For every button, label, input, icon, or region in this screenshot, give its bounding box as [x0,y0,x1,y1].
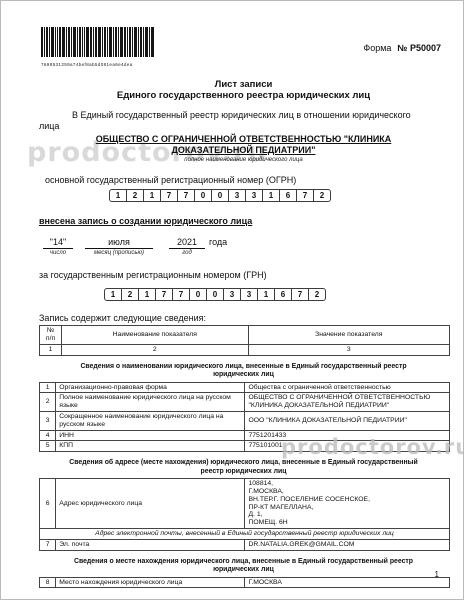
company-name-line1: ОБЩЕСТВО С ОГРАНИЧЕННОЙ ОТВЕТСТВЕННОСТЬЮ… [96,134,392,144]
grn-label: за государственным регистрационным номер… [39,270,448,280]
column-header-value: Значение показателя [248,326,450,345]
digit-box: 7 [160,190,177,201]
row-value: Г.МОСКВА [245,577,450,588]
date-day-field: "14" число [43,237,73,256]
form-number: № Р50007 [397,43,441,53]
row-label: Эл. почта [56,539,245,550]
ogrn-digit-boxes: 1217700331672 [109,189,331,202]
digit-box: 7 [296,190,313,201]
barcode-number: 7698531259a74bef8ab5d081ea6e4dea [41,62,154,67]
section-title-address: Сведения об адресе (месте нахождения) юр… [59,459,429,476]
date-year-field: 2021 год [169,237,205,256]
location-info-table: 8 Место нахождения юридического лица Г.М… [39,577,450,589]
digit-box: 2 [308,289,325,300]
row-label: ИНН [56,430,245,441]
column-index-name: 2 [62,344,248,355]
digit-box: 3 [223,289,240,300]
address-info-table: 6 Адрес юридического лица 108814, Г.МОСК… [39,478,450,550]
name-info-table: 1 Организационно-правовая форма Общества… [39,382,450,453]
row-value: ООО "КЛИНИКА ДОКАЗАТЕЛЬНОЙ ПЕДИАТРИИ" [245,411,450,430]
digit-box: 7 [291,289,308,300]
table-row: 4 ИНН 7751201433 [40,430,450,441]
digit-box: 2 [121,289,138,300]
company-name-line2: ДОКАЗАТЕЛЬНОЙ ПЕДИАТРИИ" [172,145,316,155]
intro-line2: лица [39,121,59,131]
digit-box: 6 [274,289,291,300]
row-label: Адрес юридического лица [56,479,245,529]
row-number: 4 [40,430,56,441]
date-month-label: месяц (прописью) [85,250,153,256]
table-row: 6 Адрес юридического лица 108814, Г.МОСК… [40,479,450,529]
digit-box: 6 [279,190,296,201]
table-row: 2 Полное наименование юридического лица … [40,393,450,412]
row-number: 7 [40,539,56,550]
row-label: Полное наименование юридического лица на… [56,393,245,412]
digit-box: 7 [172,289,189,300]
digit-box: 0 [194,190,211,201]
digit-box: 0 [189,289,206,300]
date-month-value: июля [85,237,153,249]
row-number: 2 [40,393,56,412]
company-name-caption: полное наименование юридического лица [39,157,448,163]
digit-box: 3 [240,289,257,300]
date-day-label: число [43,250,73,256]
table-row: 7 Эл. почта DR.NATALIA.GREK@GMAIL.COM [40,539,450,550]
digit-box: 1 [262,190,279,201]
digit-box: 3 [245,190,262,201]
table-row: 8 Место нахождения юридического лица Г.М… [40,577,450,588]
document-title-line1: Лист записи [39,79,448,90]
section-title-name: Сведения о наименовании юридического лиц… [59,363,429,380]
form-label: Форма [363,43,391,53]
row-number: 5 [40,441,56,452]
grn-digit-boxes: 1217700331672 [104,288,326,301]
date-month-field: июля месяц (прописью) [85,237,153,256]
record-date: "14" число июля месяц (прописью) 2021 го… [39,237,448,256]
date-year-value: 2021 [169,237,205,249]
row-value: 7751201433 [245,430,450,441]
info-table-header: №п/п Наименование показателя Значение по… [39,325,450,356]
record-statement: внесена запись о создании юридического л… [39,216,448,226]
column-header-name: Наименование показателя [62,326,248,345]
digit-box: 1 [105,289,121,300]
document-title-line2: Единого государственного реестра юридиче… [39,90,448,101]
email-header-text: Адрес электронной почты, внесенный в Еди… [40,528,450,539]
digit-box: 3 [228,190,245,201]
row-number: 1 [40,382,56,393]
barcode-block: 7698531259a74bef8ab5d081ea6e4dea [41,27,154,67]
row-value: 108814, Г.МОСКВА, ВН.ТЕР.Г. ПОСЕЛЕНИЕ СО… [245,479,450,529]
row-label: Организационно-правовая форма [56,382,245,393]
intro-paragraph: В Единый государственный реестр юридичес… [39,110,448,132]
row-value: Общества с ограниченной ответственностью [245,382,450,393]
row-label: Сокращенное наименование юридического ли… [56,411,245,430]
digit-box: 1 [110,190,126,201]
column-index-value: 3 [248,344,450,355]
table-row: 1 Организационно-правовая форма Общества… [40,382,450,393]
column-index-num: 1 [40,344,62,355]
row-label: Место нахождения юридического лица [56,577,245,588]
digit-box: 1 [143,190,160,201]
digit-box: 2 [313,190,330,201]
intro-line1: В Единый государственный реестр юридичес… [39,110,448,121]
row-value: ОБЩЕСТВО С ОГРАНИЧЕННОЙ ОТВЕТСТВЕННОСТЬЮ… [245,393,450,412]
company-name: ОБЩЕСТВО С ОГРАНИЧЕННОЙ ОТВЕТСТВЕННОСТЬЮ… [39,134,448,156]
table-row: 3 Сокращенное наименование юридического … [40,411,450,430]
digit-box: 7 [177,190,194,201]
digit-box: 0 [206,289,223,300]
date-day-value: "14" [43,237,73,249]
digit-box: 1 [257,289,274,300]
row-label: КПП [56,441,245,452]
row-number: 8 [40,577,56,588]
date-year-suffix: года [209,237,227,247]
row-number: 6 [40,479,56,529]
digit-box: 0 [211,190,228,201]
section-title-location: Сведения о месте нахождения юридического… [59,558,429,575]
table-intro: Запись содержит следующие сведения: [39,313,448,323]
date-year-label: год [169,250,205,256]
document-title: Лист записи Единого государственного рее… [39,79,448,101]
form-reference: Форма№ Р50007 [363,43,441,53]
email-header-row: Адрес электронной почты, внесенный в Еди… [40,528,450,539]
document-topbar: 7698531259a74bef8ab5d081ea6e4dea Форма№ … [1,1,463,67]
digit-box: 2 [126,190,143,201]
ogrn-label: основной государственный регистрационный… [39,175,448,185]
digit-box: 1 [138,289,155,300]
digit-box: 7 [155,289,172,300]
table-row: 5 КПП 775101001 [40,441,450,452]
barcode-icon [41,27,154,57]
document-page: prodoctorov.ru prodoctorov.ru [0,0,464,600]
column-header-num: №п/п [40,326,62,345]
row-value: 775101001 [245,441,450,452]
row-number: 3 [40,411,56,430]
row-value: DR.NATALIA.GREK@GMAIL.COM [245,539,450,550]
